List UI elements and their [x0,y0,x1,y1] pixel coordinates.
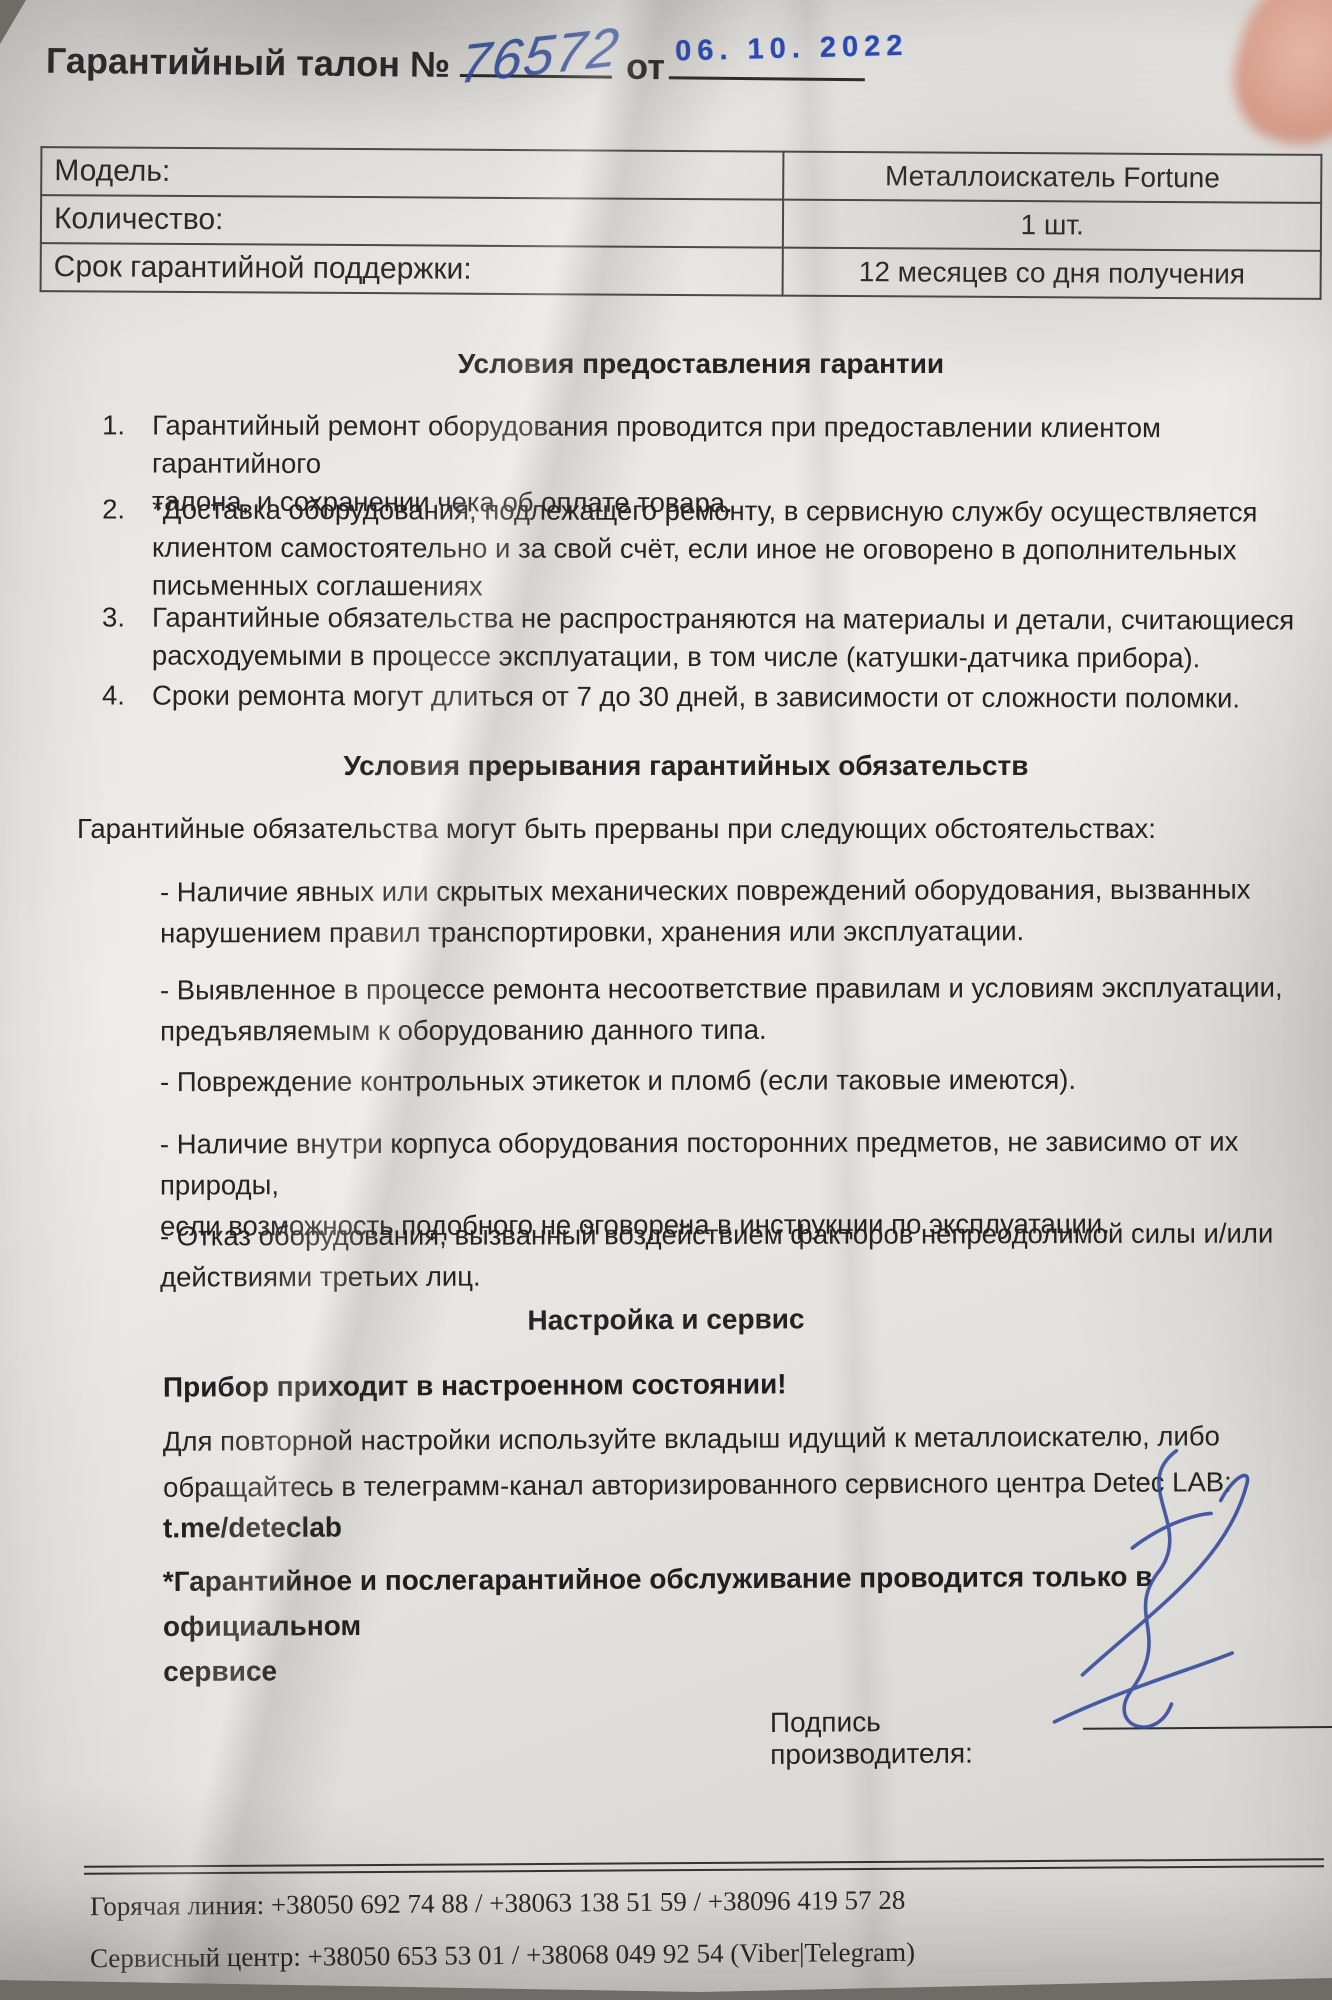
table-row-warranty-period: Срок гарантийной поддержки: 12 месяцев с… [41,243,1321,299]
telegram-link-text: t.me/deteclab [163,1512,342,1545]
date-preposition: от [626,46,665,88]
document-title: Гарантийный талон № 76572 от 06. 10. 202… [46,36,865,91]
spec-table: Модель: Металлоискатель Fortune Количест… [40,146,1323,300]
row-value-warranty-period: 12 месяцев со дня получения [783,248,1321,299]
item-text: Сроки ремонта могут длиться от 7 до 30 д… [152,677,1240,718]
document-title-label: Гарантийный талон № [46,40,451,86]
footer-underline-mark [560,1993,730,1996]
table-row-quantity: Количество: 1 шт. [41,195,1321,251]
interruption-bullet-2: - Выявленное в процессе ремонта несоотве… [160,967,1283,1052]
section-heading-service: Настройка и сервис [0,1301,1332,1340]
service-note-configured: Прибор приходит в настроенном состоянии! [163,1368,787,1403]
row-value-model: Металлоискатель Fortune [784,152,1322,203]
warranty-term-item-4: 4. Сроки ремонта могут длиться от 7 до 3… [102,677,1240,718]
handwritten-warranty-number: 76572 [456,15,624,96]
item-number: 3. [102,598,136,674]
item-text: Гарантийные обязательства не распростран… [152,599,1294,678]
item-number: 4. [102,677,136,715]
footer-divider [84,1858,1324,1875]
item-number: 2. [102,490,136,604]
warranty-term-item-3: 3. Гарантийные обязательства не распрост… [102,598,1294,677]
row-label-quantity: Количество: [41,195,784,248]
section-heading-interruption-terms: Условия прерывания гарантийных обязатель… [0,750,1332,782]
date-stamp: 06. 10. 2022 [675,30,909,69]
row-value-quantity: 1 шт. [783,200,1321,251]
footer-service-center: Сервисный центр: +38050 653 53 01 / +380… [90,1937,915,1974]
row-label-warranty-period: Срок гарантийной поддержки: [41,243,784,296]
table-row-model: Модель: Металлоискатель Fortune [41,147,1321,203]
interruption-bullet-5: - Отказ оборудования, вызванный воздейст… [160,1213,1274,1298]
warranty-term-item-2: 2. *Доставка оборудования, подлежащего р… [102,490,1258,607]
interruption-intro: Гарантийные обязательства могут быть пре… [77,808,1156,849]
row-label-model: Модель: [41,147,784,200]
interruption-bullet-1: - Наличие явных или скрытых механических… [160,869,1251,954]
paper-sheet: Гарантийный талон № 76572 от 06. 10. 202… [0,0,1332,2000]
item-text: *Доставка оборудования, подлежащего ремо… [152,491,1258,608]
section-heading-warranty-terms: Условия предоставления гарантии [0,348,1332,380]
handwritten-signature-ink [1010,1417,1280,1782]
interruption-bullet-3: - Повреждение контрольных этикеток и пло… [160,1059,1076,1102]
date-blank: 06. 10. 2022 [669,42,865,81]
warranty-number-blank: 76572 [460,40,612,79]
footer-hotline: Горячая линия: +38050 692 74 88 / +38063… [90,1885,906,1922]
